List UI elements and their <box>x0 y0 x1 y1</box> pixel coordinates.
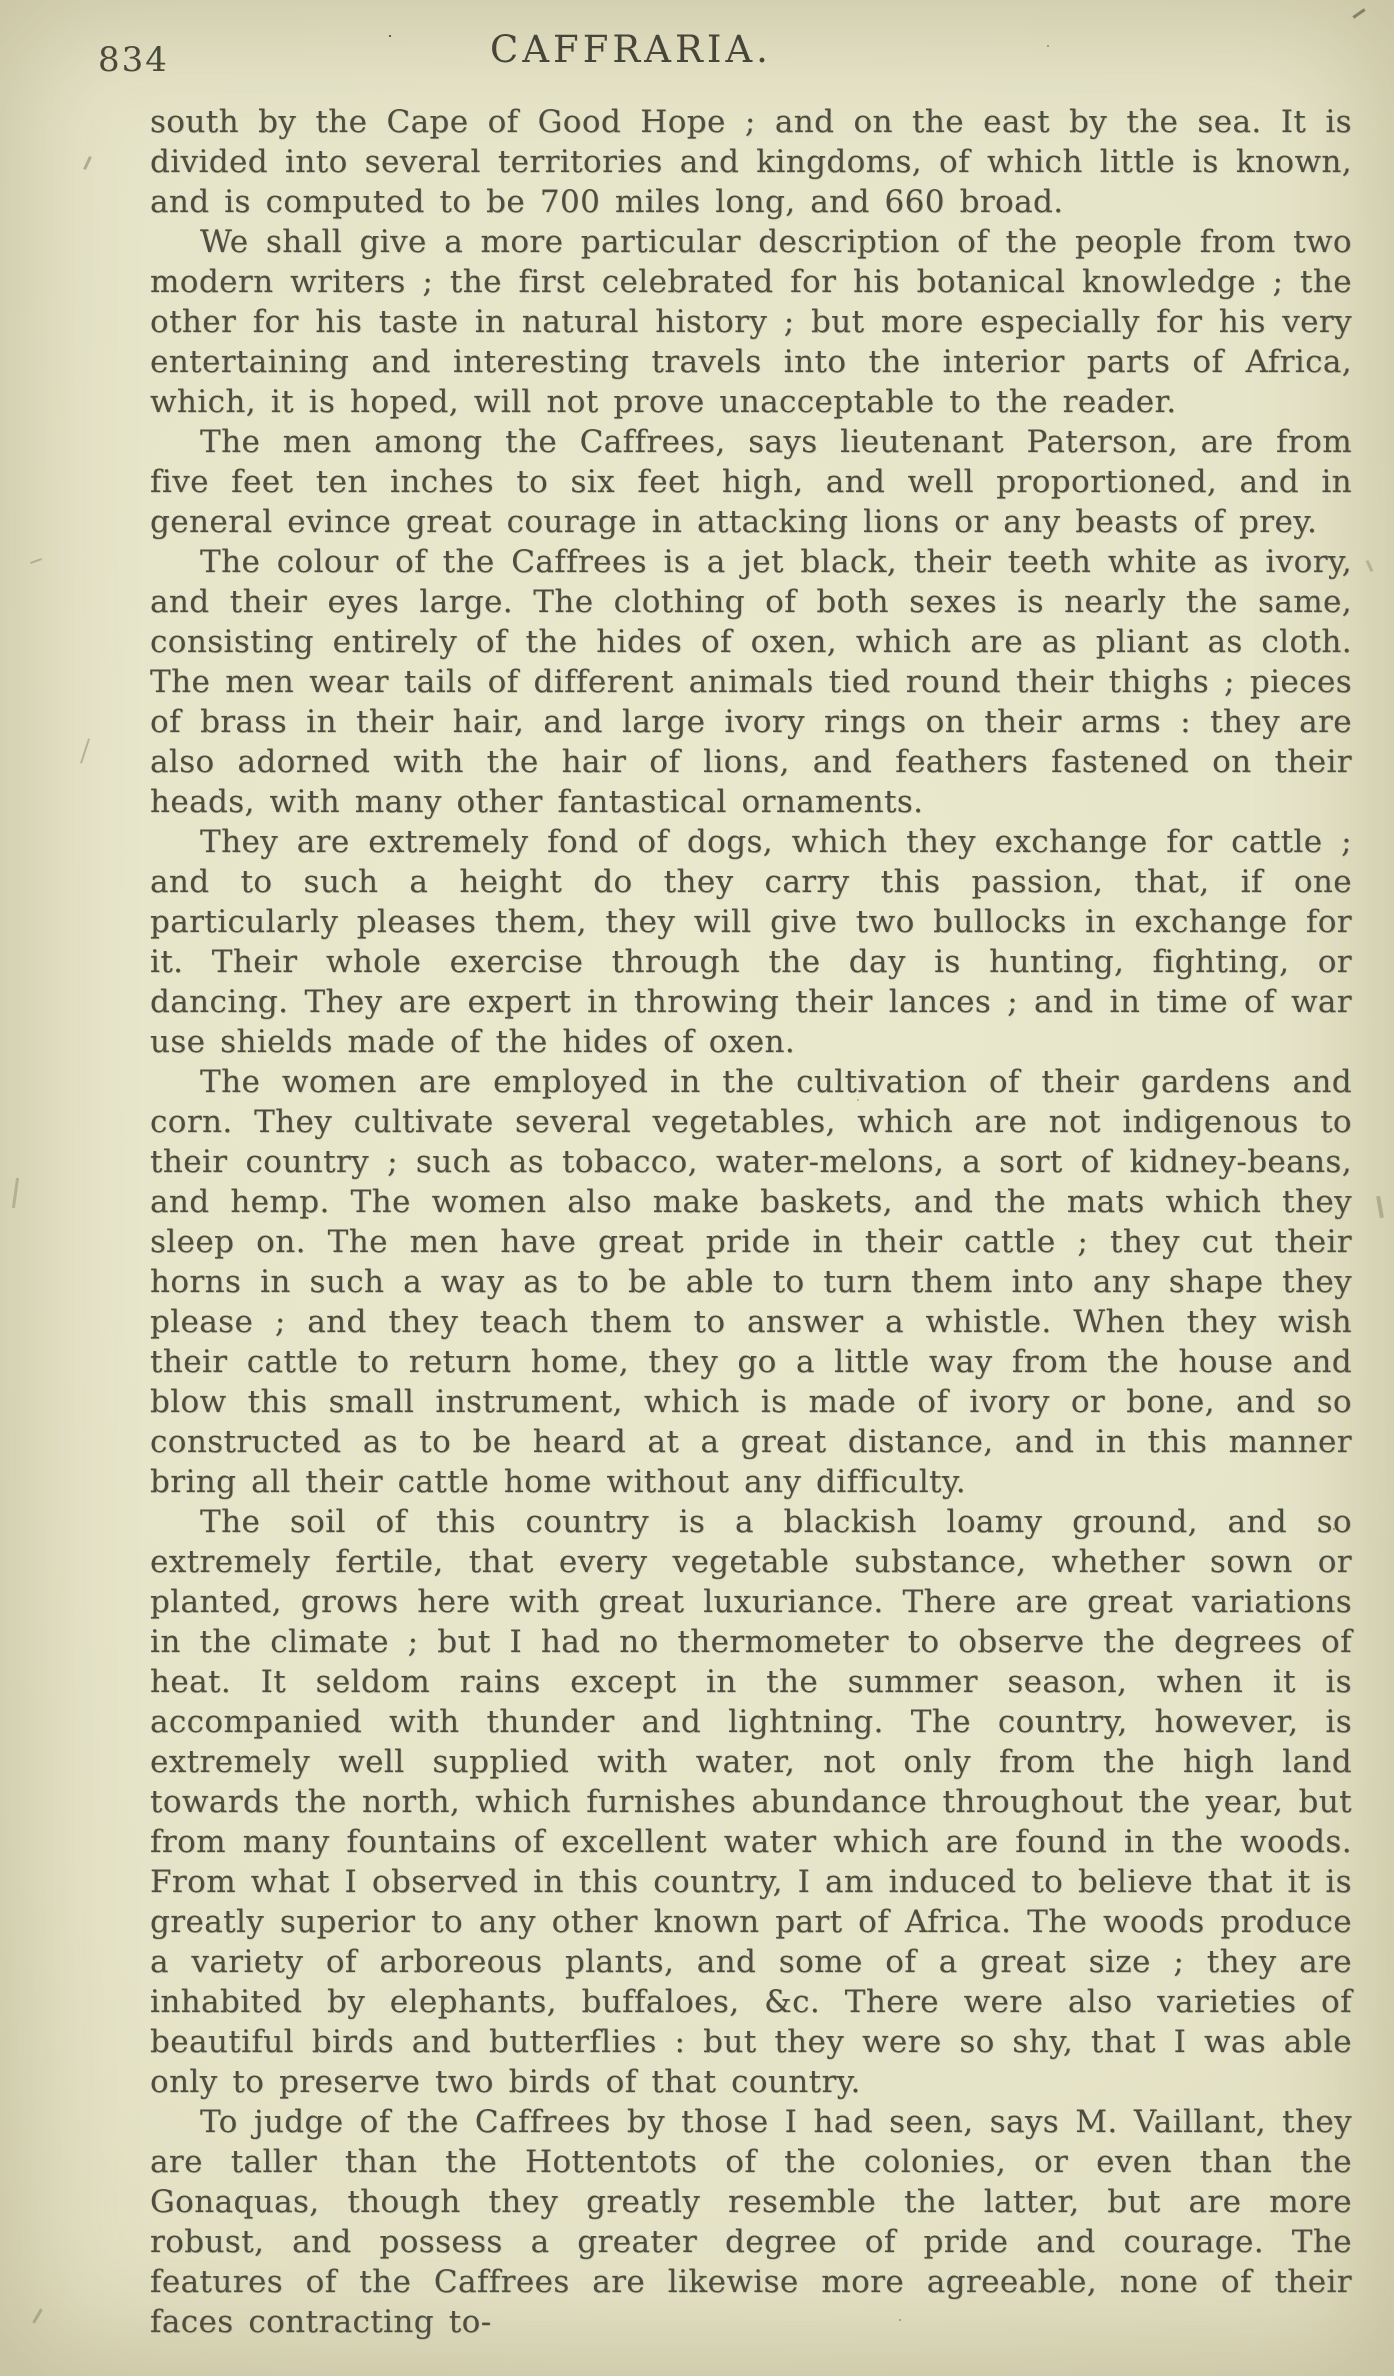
paragraph: We shall give a more particular descript… <box>150 222 1352 422</box>
page-header-title: CAFFRARIA. <box>0 28 1328 71</box>
paragraph: The men among the Caffrees, says lieuten… <box>150 422 1352 542</box>
scan-artifact-mark <box>12 1178 19 1208</box>
paragraph: south by the Cape of Good Hope ; and on … <box>150 102 1352 222</box>
scan-artifact-mark <box>32 2308 43 2323</box>
scan-artifact-mark <box>1376 1196 1384 1218</box>
scan-artifact-mark <box>83 156 92 170</box>
paragraph: The women are employed in the cultivatio… <box>150 1062 1352 1502</box>
page-scan: 834 CAFFRARIA. south by the Cape of Good… <box>0 0 1394 2376</box>
paragraph: The colour of the Caffrees is a jet blac… <box>150 542 1352 822</box>
paragraph: The soil of this country is a blackish l… <box>150 1502 1352 2102</box>
scan-artifact-mark <box>1352 8 1365 18</box>
paragraph: To judge of the Caffrees by those I had … <box>150 2102 1352 2342</box>
page-header: 834 CAFFRARIA. <box>0 28 1394 84</box>
scan-artifact-mark <box>30 558 42 564</box>
scan-artifact-mark <box>1366 560 1374 572</box>
paragraph: They are extremely fond of dogs, which t… <box>150 822 1352 1062</box>
page-body: south by the Cape of Good Hope ; and on … <box>150 102 1352 2342</box>
scan-artifact-mark <box>80 738 90 763</box>
